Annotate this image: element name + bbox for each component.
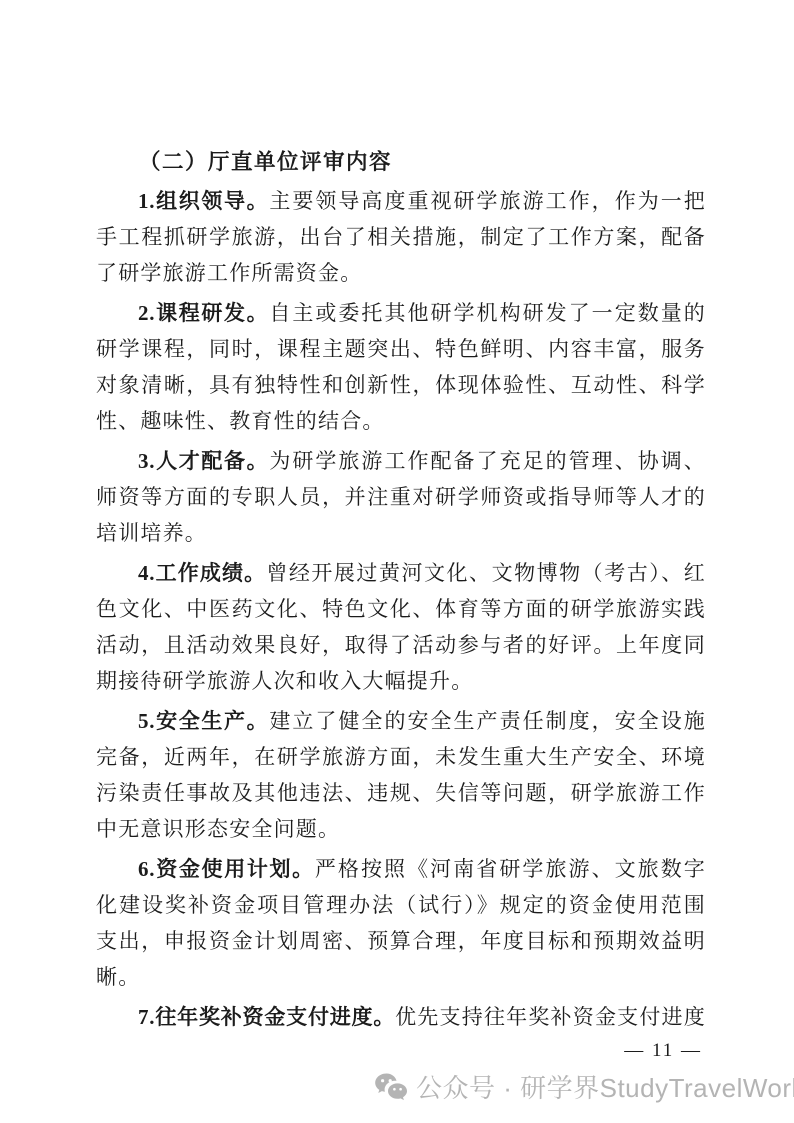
document-page: （二）厅直单位评审内容 1.组织领导。主要领导高度重视研学旅游工作，作为一把手工… xyxy=(0,0,794,1123)
watermark-text: 公众号 · 研学界StudyTravelWorld xyxy=(416,1068,794,1105)
document-body: （二）厅直单位评审内容 1.组织领导。主要领导高度重视研学旅游工作，作为一把手工… xyxy=(96,144,706,1039)
numbered-paragraph-5: 5.安全生产。建立了健全的安全生产责任制度，安全设施完备，近两年，在研学旅游方面… xyxy=(96,703,706,847)
paragraph-2-lead: 2.课程研发。 xyxy=(138,301,269,325)
watermark: 公众号 · 研学界StudyTravelWorld xyxy=(374,1068,794,1105)
paragraph-6-lead: 6.资金使用计划。 xyxy=(138,857,315,881)
numbered-paragraph-2: 2.课程研发。自主或委托其他研学机构研发了一定数量的研学课程，同时，课程主题突出… xyxy=(96,295,706,439)
wechat-icon xyxy=(374,1072,408,1101)
paragraph-7-body: 优先支持往年奖补资金支付进度 xyxy=(395,1005,706,1029)
paragraph-3-lead: 3.人才配备。 xyxy=(138,449,269,473)
numbered-paragraph-3: 3.人才配备。为研学旅游工作配备了充足的管理、协调、师资等方面的专职人员，并注重… xyxy=(96,443,706,551)
numbered-paragraph-7: 7.往年奖补资金支付进度。优先支持往年奖补资金支付进度 xyxy=(96,999,706,1035)
numbered-paragraph-6: 6.资金使用计划。严格按照《河南省研学旅游、文旅数字化建设奖补资金项目管理办法（… xyxy=(96,851,706,995)
page-number: — 11 — xyxy=(624,1040,702,1062)
paragraph-1-lead: 1.组织领导。 xyxy=(138,189,269,213)
paragraph-4-lead: 4.工作成绩。 xyxy=(138,561,266,585)
section-heading: （二）厅直单位评审内容 xyxy=(96,144,706,180)
numbered-paragraph-4: 4.工作成绩。曾经开展过黄河文化、文物博物（考古）、红色文化、中医药文化、特色文… xyxy=(96,555,706,699)
numbered-paragraph-1: 1.组织领导。主要领导高度重视研学旅游工作，作为一把手工程抓研学旅游，出台了相关… xyxy=(96,183,706,291)
paragraph-5-lead: 5.安全生产。 xyxy=(138,709,269,733)
paragraph-7-lead: 7.往年奖补资金支付进度。 xyxy=(138,1005,395,1029)
